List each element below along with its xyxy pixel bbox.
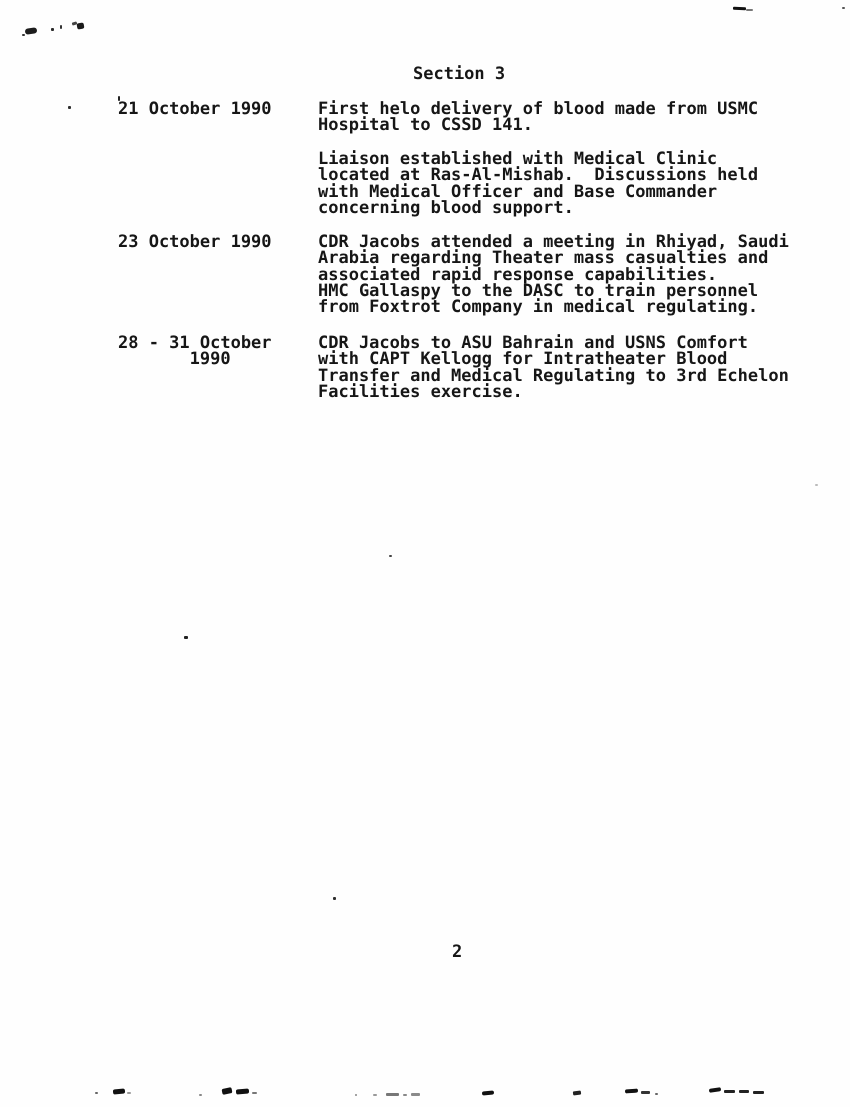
scan-speck <box>373 1094 377 1096</box>
scan-speck <box>573 1090 581 1095</box>
scan-speck <box>753 1091 764 1094</box>
scan-speck <box>77 22 85 29</box>
scan-speck <box>386 1093 399 1096</box>
scan-speck <box>641 1091 650 1094</box>
entry-1-date: 21 October 1990 <box>118 101 272 117</box>
scan-speck <box>333 897 336 900</box>
entry-1-paragraph-2: Liaison established with Medical Clinic … <box>318 151 758 216</box>
scan-speck <box>724 1090 735 1093</box>
entry-2-paragraph-1: CDR Jacobs attended a meeting in Rhiyad,… <box>318 234 789 315</box>
scan-speck <box>355 1094 357 1096</box>
document-page: Section 3 21 October 1990 First helo del… <box>0 0 850 1107</box>
scan-speck <box>655 1093 658 1095</box>
scan-speck <box>118 96 120 101</box>
scan-speck <box>739 1090 749 1093</box>
section-heading: Section 3 <box>413 66 505 82</box>
scan-speck <box>199 1094 202 1096</box>
scan-speck <box>403 1094 407 1096</box>
scan-speck <box>733 7 746 10</box>
scan-speck <box>25 27 38 35</box>
scan-speck <box>113 1088 125 1094</box>
scan-speck <box>60 25 62 29</box>
scan-speck <box>625 1089 638 1094</box>
entry-3-paragraph-1: CDR Jacobs to ASU Bahrain and USNS Comfo… <box>318 335 789 400</box>
scan-speck <box>68 106 71 109</box>
entry-2-date: 23 October 1990 <box>118 234 272 250</box>
entry-3-date: 28 - 31 October 1990 <box>118 335 272 368</box>
scan-speck <box>389 555 392 557</box>
scan-speck <box>746 9 753 11</box>
scan-speck <box>815 484 818 486</box>
scan-speck <box>236 1088 249 1094</box>
scan-speck <box>482 1090 494 1095</box>
scan-speck <box>411 1093 420 1096</box>
scan-speck <box>51 28 54 31</box>
page-number: 2 <box>452 944 462 960</box>
scan-speck <box>127 1092 131 1094</box>
scan-speck <box>95 1092 98 1094</box>
scan-speck <box>221 1087 232 1095</box>
scan-speck <box>252 1092 257 1094</box>
entry-1-paragraph-1: First helo delivery of blood made from U… <box>318 101 758 134</box>
scan-speck <box>184 636 188 639</box>
scan-speck <box>842 7 845 9</box>
scan-speck <box>709 1087 721 1093</box>
scan-speck <box>22 34 25 36</box>
